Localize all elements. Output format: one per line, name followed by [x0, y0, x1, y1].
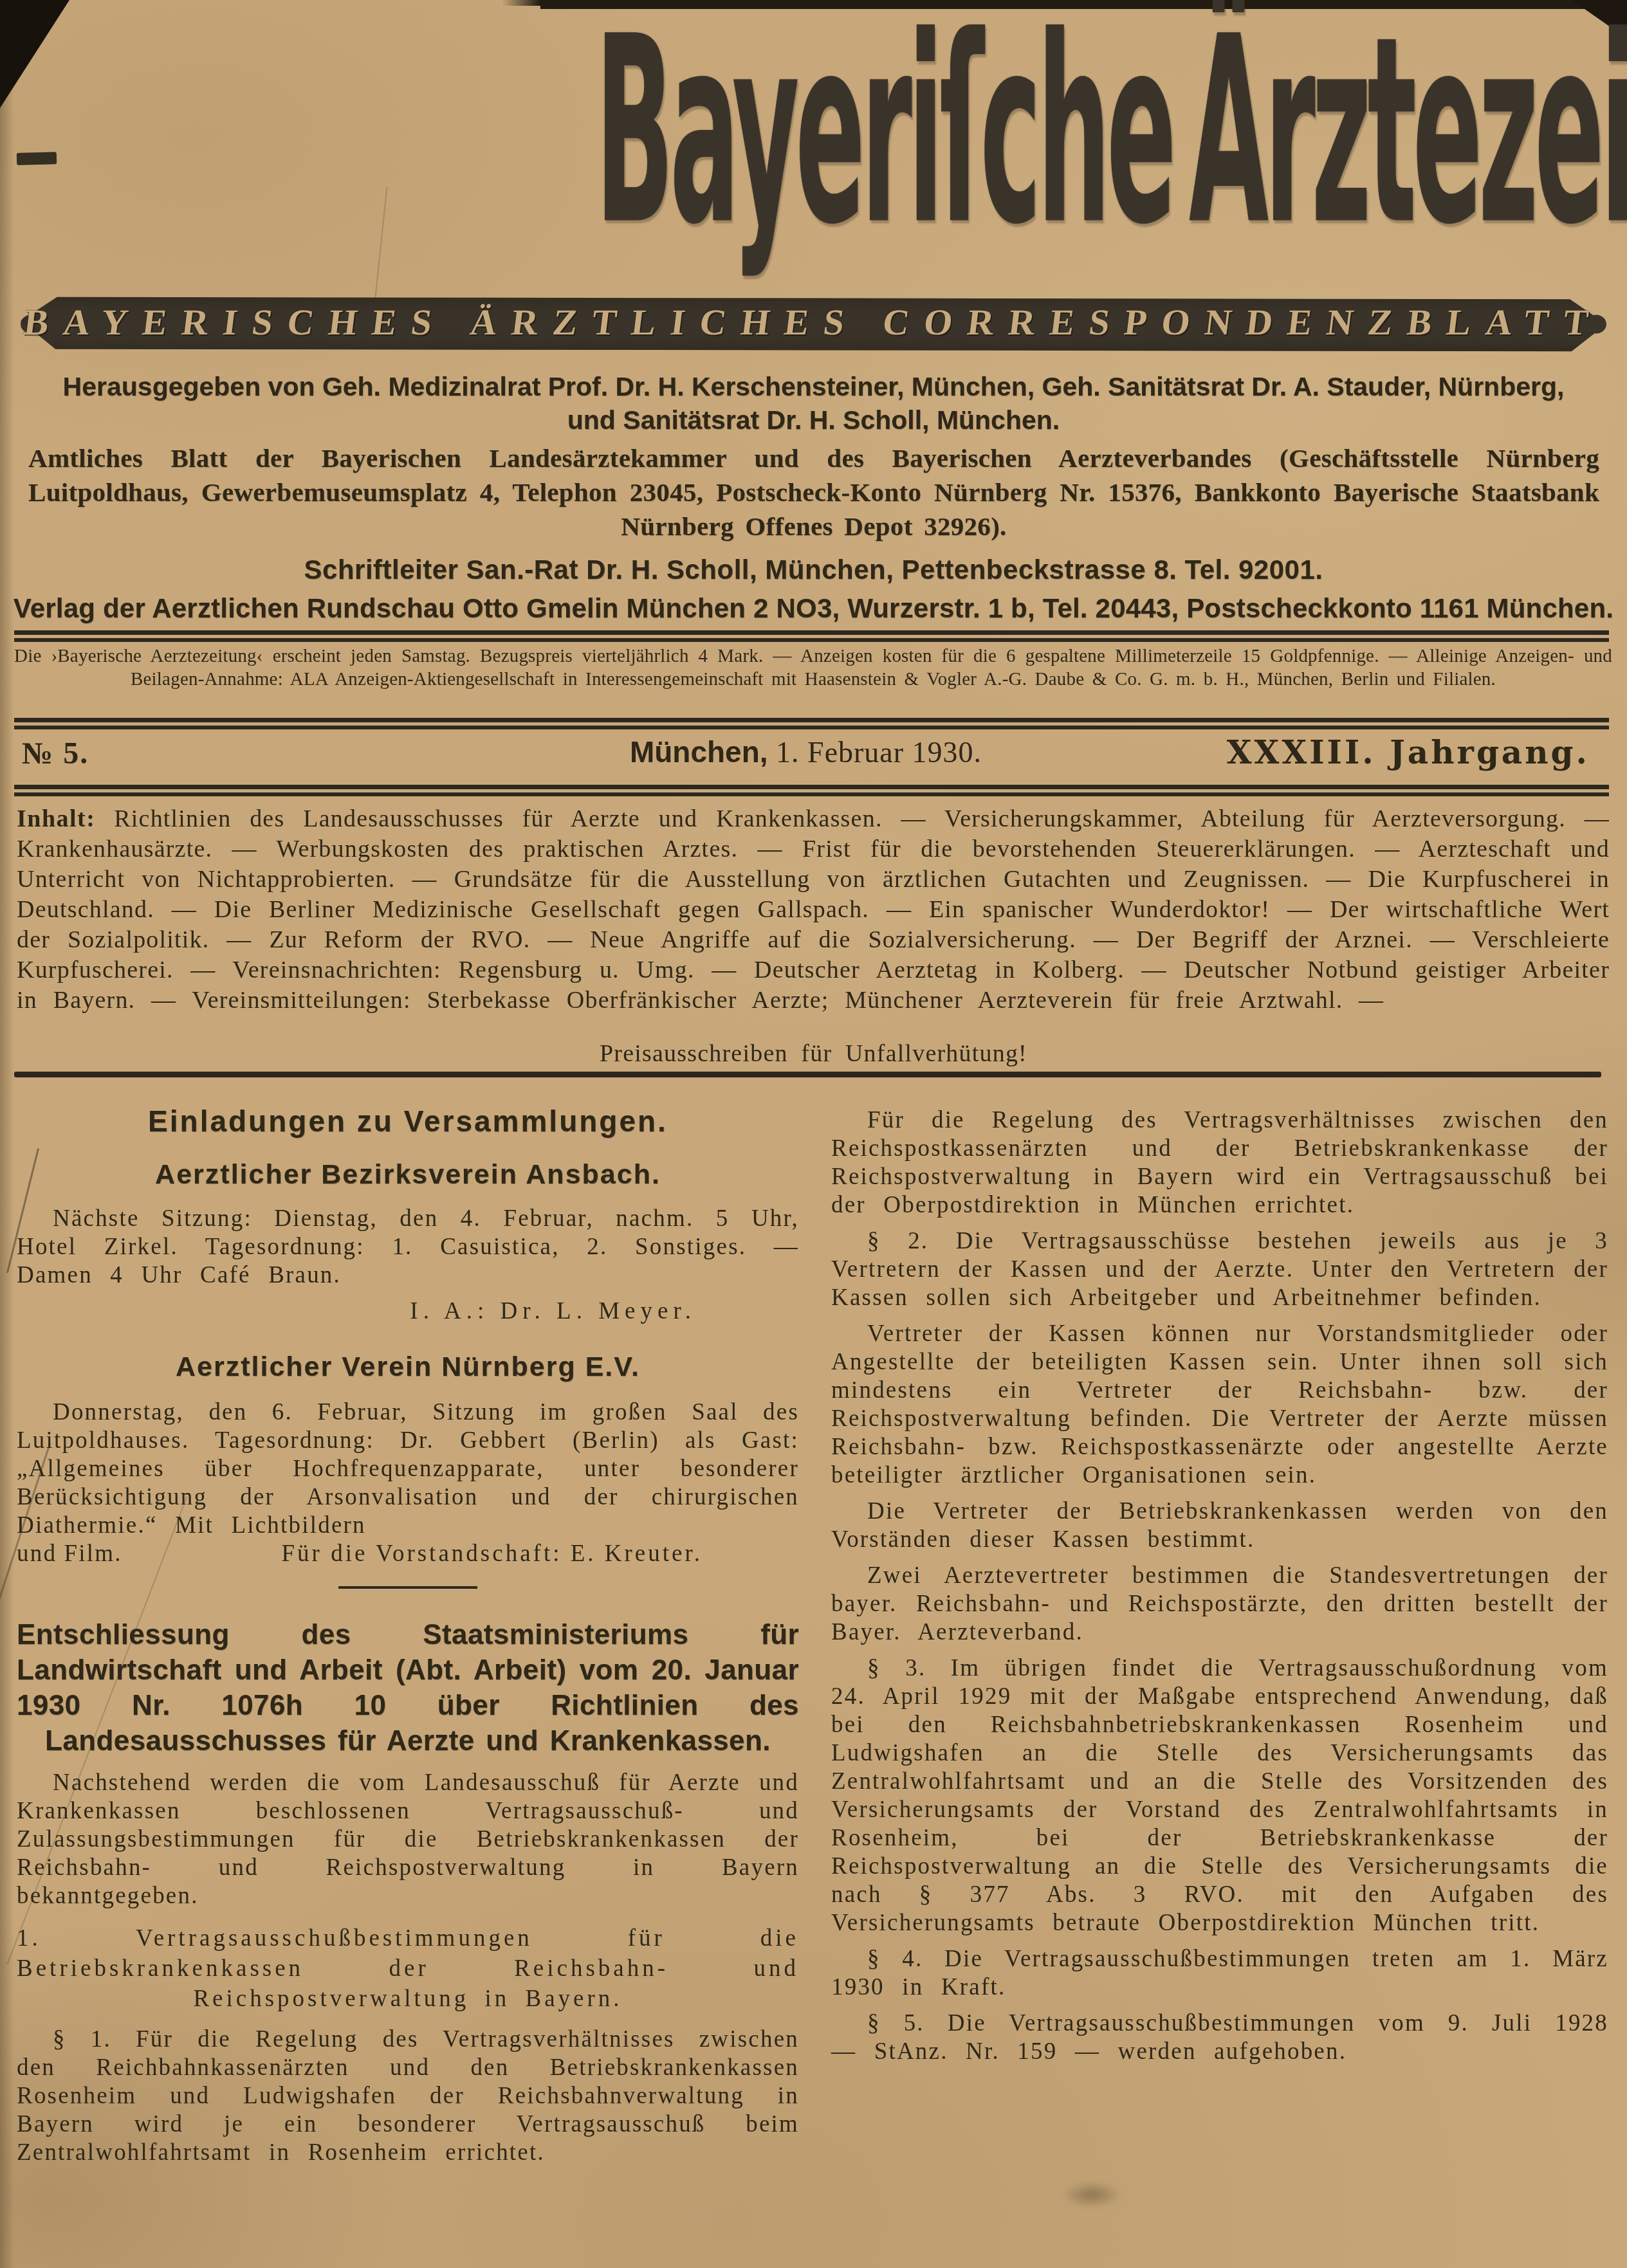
official-note: Amtliches Blatt der Bayerischen Landesär… [28, 441, 1599, 544]
issue-volume: XXXIII. Jahrgang. [1227, 733, 1590, 771]
paragraph-s2: § 2. Die Vertragsausschüsse bestehen jew… [831, 1227, 1608, 1312]
inhalt-label: Inhalt: [17, 805, 95, 832]
nuernberg-tail-line: und Film. Für die Vorstandschaft: E. Kre… [17, 1540, 799, 1568]
left-column: Einladungen zu Versammlungen. Aerztliche… [17, 1093, 799, 2175]
issue-place: München, [630, 735, 768, 769]
banner-ribbon: BAYERISCHES ÄRZTLICHES CORRESPONDENZBLAT… [21, 296, 1606, 352]
masthead: Bayeriſche Ärztezeitung [0, 12, 1627, 301]
issue-place-date: München, 1. Februar 1930. [630, 735, 982, 769]
table-of-contents: Inhalt: Richtlinien des Landesausschusse… [17, 804, 1610, 1016]
nuernberg-heading: Aerztlicher Verein Nürnberg E.V. [17, 1351, 799, 1383]
issue-line: № 5. München, 1. Februar 1930. XXXIII. J… [22, 733, 1590, 772]
paragraph: Zwei Aerztevertreter bestimmen die Stand… [831, 1562, 1608, 1647]
paragraph-s3: § 3. Im übrigen findet die Vertragsaussc… [831, 1654, 1608, 1937]
double-rule [14, 630, 1609, 642]
inhalt-body: Richtlinien des Landesausschusses für Ae… [17, 805, 1610, 1014]
scanned-newspaper-page: { "colors": { "paper": "#c8a87a", "ink":… [0, 0, 1627, 2268]
inhalt-last-line: Preisausschreiben für Unfallverhütung! [0, 1039, 1627, 1068]
double-rule [14, 785, 1609, 796]
small-divider-rule [338, 1586, 477, 1589]
subheading-line: Reichspostverwaltung in Bayern. [17, 1984, 799, 2014]
publisher-line-1: Herausgegeben von Geh. Medizinalrat Prof… [0, 372, 1627, 402]
issue-date: 1. Februar 1930. [768, 736, 982, 769]
section-rule [14, 1072, 1601, 1077]
scan-edge-shadow [0, 0, 14, 2268]
banner-subtitle: BAYERISCHES ÄRZTLICHES CORRESPONDENZBLAT… [18, 302, 1609, 343]
subscription-note: Die ›Bayerische Aerztezeitung‹ erscheint… [14, 645, 1612, 691]
paragraph: Die Vertreter der Betriebskrankenkassen … [831, 1497, 1608, 1554]
nuernberg-body-tail: und Film. [17, 1540, 122, 1568]
paragraph-s4: § 4. Die Vertragsausschußbestimmungen tr… [831, 1945, 1608, 2002]
double-rule [14, 718, 1609, 729]
publisher-line-2: und Sanitätsrat Dr. H. Scholl, München. [0, 405, 1627, 435]
nuernberg-body: Donnerstag, den 6. Februar, Sitzung im g… [17, 1398, 799, 1540]
masthead-title: Bayeriſche Ärztezeitung [595, 0, 1627, 319]
paragraph-s5: § 5. Die Vertragsausschußbestimmungen vo… [831, 2009, 1608, 2066]
paragraph: Vertreter der Kassen können nur Vorstand… [831, 1320, 1608, 1490]
ansbach-heading: Aerztlicher Bezirksverein Ansbach. [17, 1159, 799, 1191]
editor-line: Schriftleiter San.-Rat Dr. H. Scholl, Mü… [0, 554, 1627, 585]
ansbach-body: Nächste Sitzung: Dienstag, den 4. Februa… [17, 1205, 799, 1290]
ansbach-signature: I. A.: Dr. L. Meyer. [17, 1297, 799, 1326]
section-heading: Einladungen zu Versammlungen. [17, 1104, 799, 1139]
issue-number: № 5. [22, 736, 89, 771]
paragraph-s1: § 1. Für die Regelung des Vertragsverhäl… [17, 2026, 799, 2167]
entschliessung-heading: Entschliessung des Staatsministeriums fü… [17, 1617, 799, 1759]
subheading-line: Betriebskrankenkassen der Reichsbahn- un… [17, 1953, 799, 1984]
right-column: Für die Regelung des Vertragsverhältniss… [831, 1093, 1608, 2074]
ink-smudge [1050, 2177, 1134, 2213]
entschliessung-intro: Nachstehend werden die vom Landesausschu… [17, 1769, 799, 1910]
subheading-line: 1. Vertragsausschußbestimmungen für die [17, 1923, 799, 1953]
nuernberg-signature: Für die Vorstandschaft: E. Kreuter. [282, 1540, 703, 1568]
verlag-line: Verlag der Aerztlichen Rundschau Otto Gm… [0, 593, 1627, 624]
paragraph: Für die Regelung des Vertragsverhältniss… [831, 1106, 1608, 1220]
